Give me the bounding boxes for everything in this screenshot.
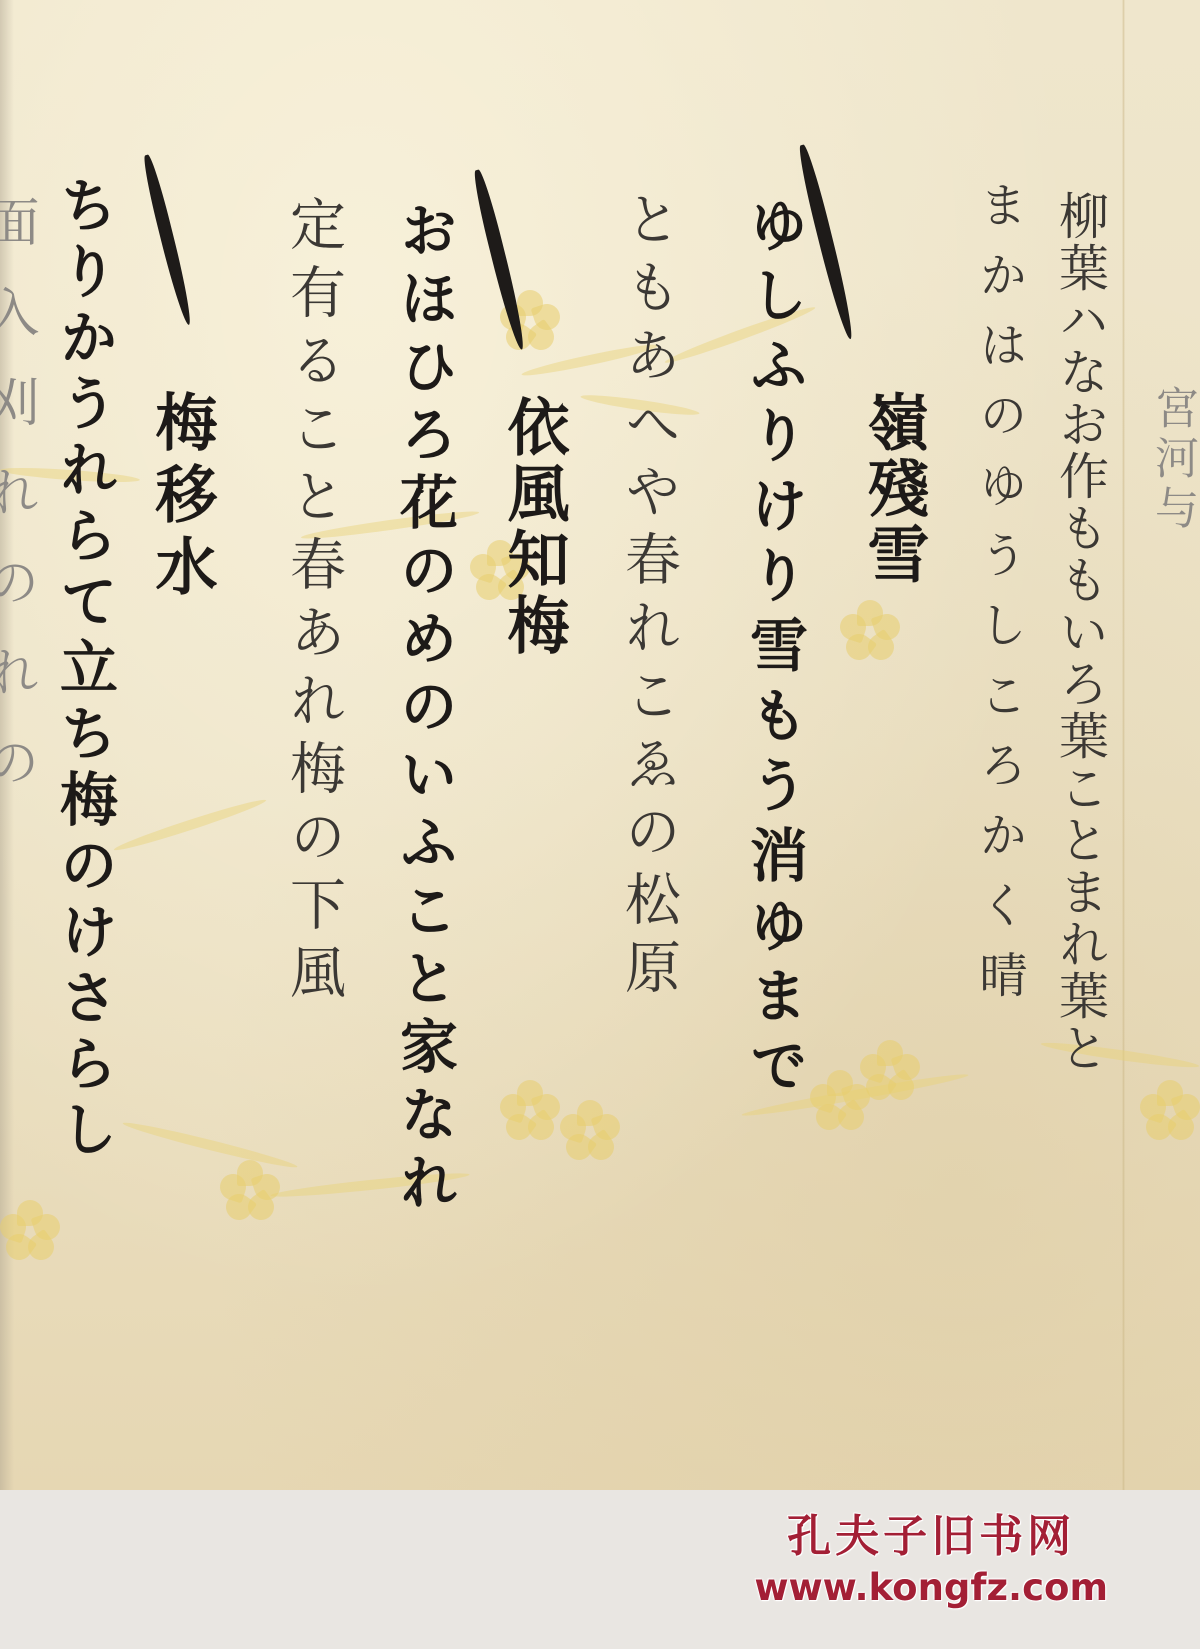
watermark-site-name: 孔夫子旧书网	[754, 1500, 1108, 1564]
calligraphy-column: まかはのゆうしころかく晴	[975, 180, 1023, 1020]
repeat-mark-icon	[140, 153, 195, 326]
calligraphy-column: 面入刈れのれの	[0, 195, 34, 825]
gold-cherry-blossom-icon	[810, 1070, 870, 1130]
watermark: 孔夫子旧书网 www.kongfz.com	[754, 1500, 1108, 1609]
calligraphy-column: 嶺殘雪	[862, 390, 924, 588]
calligraphy-column: 梅移水	[150, 390, 212, 606]
gold-cherry-blossom-icon	[840, 600, 900, 660]
gold-grass-icon	[112, 796, 267, 855]
calligraphy-column: おほひろ花のめのいふこと家なれ	[395, 200, 453, 1220]
calligraphy-column: ともあへや春れこゑの松原	[620, 190, 676, 1006]
watermark-url: www.kongfz.com	[754, 1566, 1108, 1609]
calligraphy-column: ちりかうれらて立ち梅のけさらし	[55, 175, 113, 1165]
calligraphy-paper: 宮河与 柳葉ハなお作ももいろ葉ことまれ葉と まかはのゆうしころかく晴 嶺殘雪 ゆ…	[0, 0, 1200, 1490]
calligraphy-column: 依風知梅	[502, 395, 564, 659]
gold-cherry-blossom-icon	[1140, 1080, 1200, 1140]
paper-fold-line	[1122, 0, 1125, 1490]
gold-cherry-blossom-icon	[500, 1080, 560, 1140]
gold-grass-icon	[121, 1118, 298, 1171]
calligraphy-column: ゆしふりけり雪もう消ゆまで	[745, 195, 803, 1105]
calligraphy-column: 柳葉ハなお作ももいろ葉ことまれ葉と	[1055, 190, 1105, 1074]
repeat-mark-icon	[470, 168, 528, 351]
gold-cherry-blossom-icon	[220, 1160, 280, 1220]
gold-cherry-blossom-icon	[860, 1040, 920, 1100]
gold-cherry-blossom-icon	[560, 1100, 620, 1160]
calligraphy-column: 宮河与	[1150, 385, 1194, 535]
calligraphy-column: 定有ること春あれ梅の下風	[285, 195, 341, 1011]
